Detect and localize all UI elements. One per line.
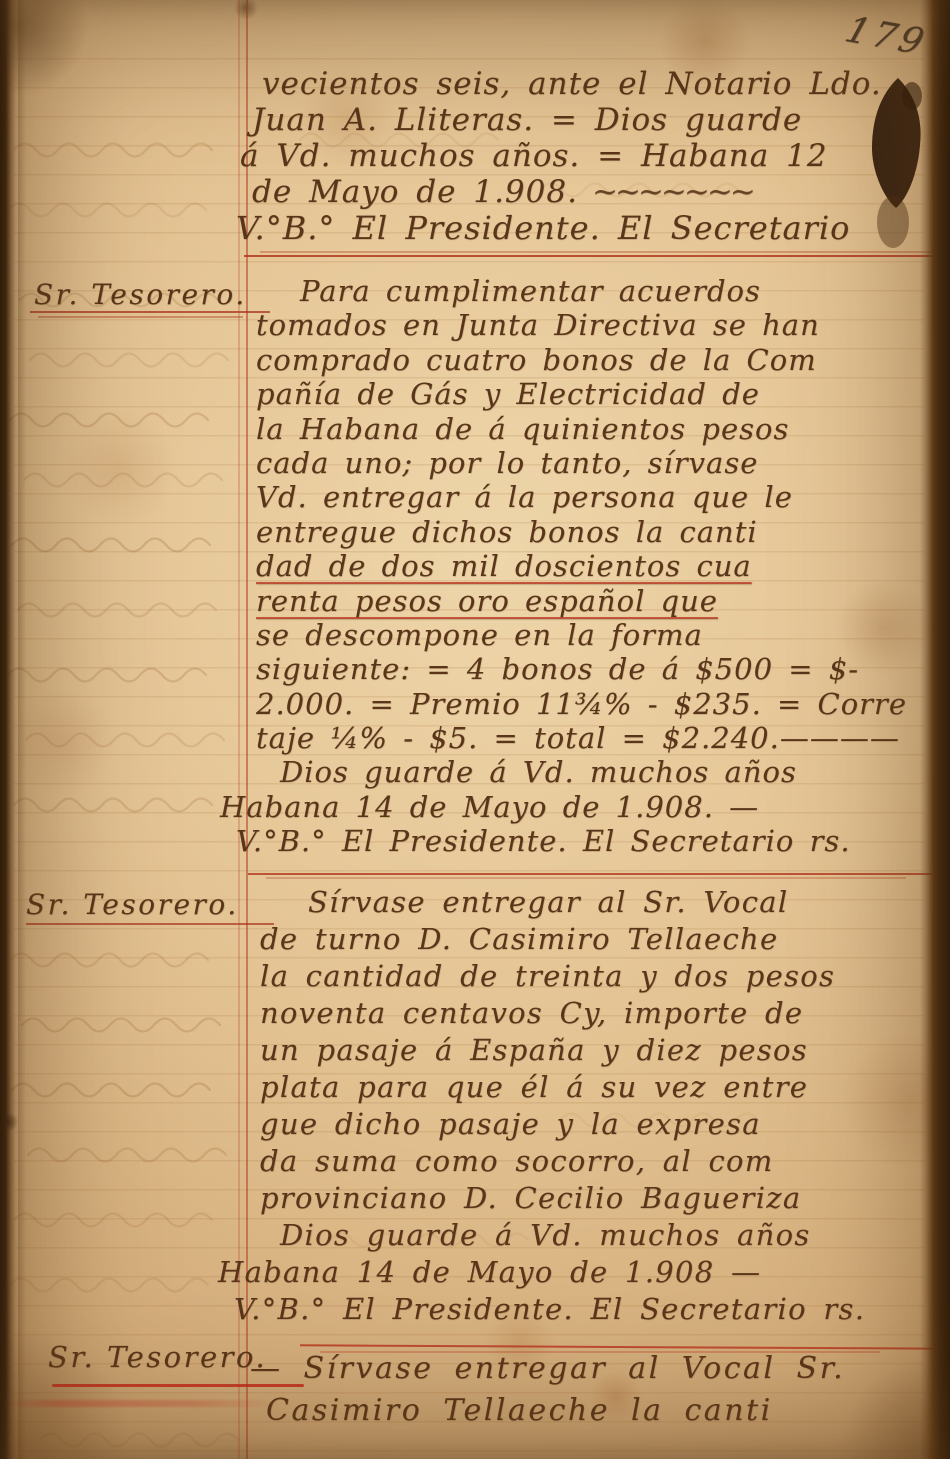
pen-flourish: ~~~~~~~ [592,174,753,210]
handwritten-line: á Vd. muchos años. = Habana 12 [240,138,882,174]
handwritten-line: siguiente: = 4 bonos de á $500 = $- [256,652,907,686]
handwritten-line: de Mayo de 1.908.~~~~~~~ [252,174,882,210]
handwritten-line: V.°B.° El Presidente. El Secretario rs. [236,824,907,858]
label-underline-1-echo [38,316,243,318]
left-binding-edge [0,0,16,1459]
handwritten-line: Habana 14 de Mayo de 1.908. — [220,790,907,824]
handwritten-line-red-underlined: renta pesos oro español que [256,584,907,618]
handwritten-line: entregue dichos bonos la canti [256,515,907,549]
handwritten-line: da suma como socorro, al com [260,1143,865,1180]
handwritten-line: Dios guarde á Vd. muchos años [256,755,907,789]
label-underline-3-smear [0,1400,280,1407]
handwritten-line: 2.000. = Premio 11¾% - $235. = Corre [256,687,907,721]
entry-1-margin-label: Sr. Tesorero. [34,278,247,311]
handwritten-line: noventa centavos Cy, importe de [260,995,865,1032]
handwritten-line: la Habana de á quinientos pesos [256,412,907,446]
handwritten-line: V.°B.° El Presidente. El Secretario [236,210,882,246]
handwritten-line: de turno D. Casimiro Tellaeche [260,921,865,958]
handwritten-line: pañía de Gás y Electricidad de [256,377,907,411]
handwritten-line: gue dicho pasaje y la expresa [260,1106,865,1143]
handwritten-line: Dios guarde á Vd. muchos años [260,1217,865,1254]
date-text: de Mayo de 1.908. [252,174,578,210]
handwritten-line: Juan A. Lliteras. = Dios guarde [252,102,882,138]
handwritten-line: Habana 14 de Mayo de 1.908 — [218,1254,865,1291]
entry-3-margin-label: Sr. Tesorero. [48,1340,267,1374]
entry-3-body: — Sírvase entregar al Vocal Sr. Casimiro… [250,1348,845,1432]
entry-divider-2-echo [266,877,906,879]
handwritten-line: Casimiro Tellaeche la canti [250,1390,845,1432]
handwritten-line: cada uno; por lo tanto, sírvase [256,446,907,480]
manuscript-page: 179 vecientos seis, ante el Notario Ldo.… [0,0,950,1459]
handwritten-line: un pasaje á España y diez pesos [260,1032,865,1069]
entry-divider-1-echo [260,251,946,253]
entry-2-body: Sírvase entregar al Sr. Vocal de turno D… [260,884,865,1328]
handwritten-line: plata para que él á su vez entre [260,1069,865,1106]
handwritten-line: Vd. entregar á la persona que le [256,480,907,514]
page-edge-shadow [18,0,26,1459]
right-page-edges [920,0,950,1459]
handwritten-line: tomados en Junta Directiva se han [256,308,907,342]
top-fragment: vecientos seis, ante el Notario Ldo. Jua… [252,66,882,246]
handwritten-line: Sírvase entregar al Sr. Vocal [260,884,865,921]
handwritten-line: provinciano D. Cecilio Bagueriza [260,1180,865,1217]
label-underline-1 [30,311,270,313]
handwritten-line: comprado cuatro bonos de la Com [256,343,907,377]
handwritten-line: la cantidad de treinta y dos pesos [260,958,865,995]
page-number: 179 [840,10,932,63]
handwritten-line: se descompone en la forma [256,618,907,652]
entry-divider-2 [248,873,946,875]
handwritten-line: — Sírvase entregar al Vocal Sr. [250,1348,845,1390]
handwritten-line: taje ¼% - $5. = total = $2.240.———— [256,721,907,755]
handwritten-line: Para cumplimentar acuerdos [256,274,907,308]
handwritten-line: V.°B.° El Presidente. El Secretario rs. [234,1291,865,1328]
label-underline-2 [26,923,274,925]
handwritten-line-red-underlined: dad de dos mil doscientos cua [256,549,907,583]
entry-divider-1 [244,255,946,257]
handwritten-line: vecientos seis, ante el Notario Ldo. [252,66,882,102]
entry-2-margin-label: Sr. Tesorero. [26,888,239,921]
entry-1-body: Para cumplimentar acuerdos tomados en Ju… [256,274,907,859]
